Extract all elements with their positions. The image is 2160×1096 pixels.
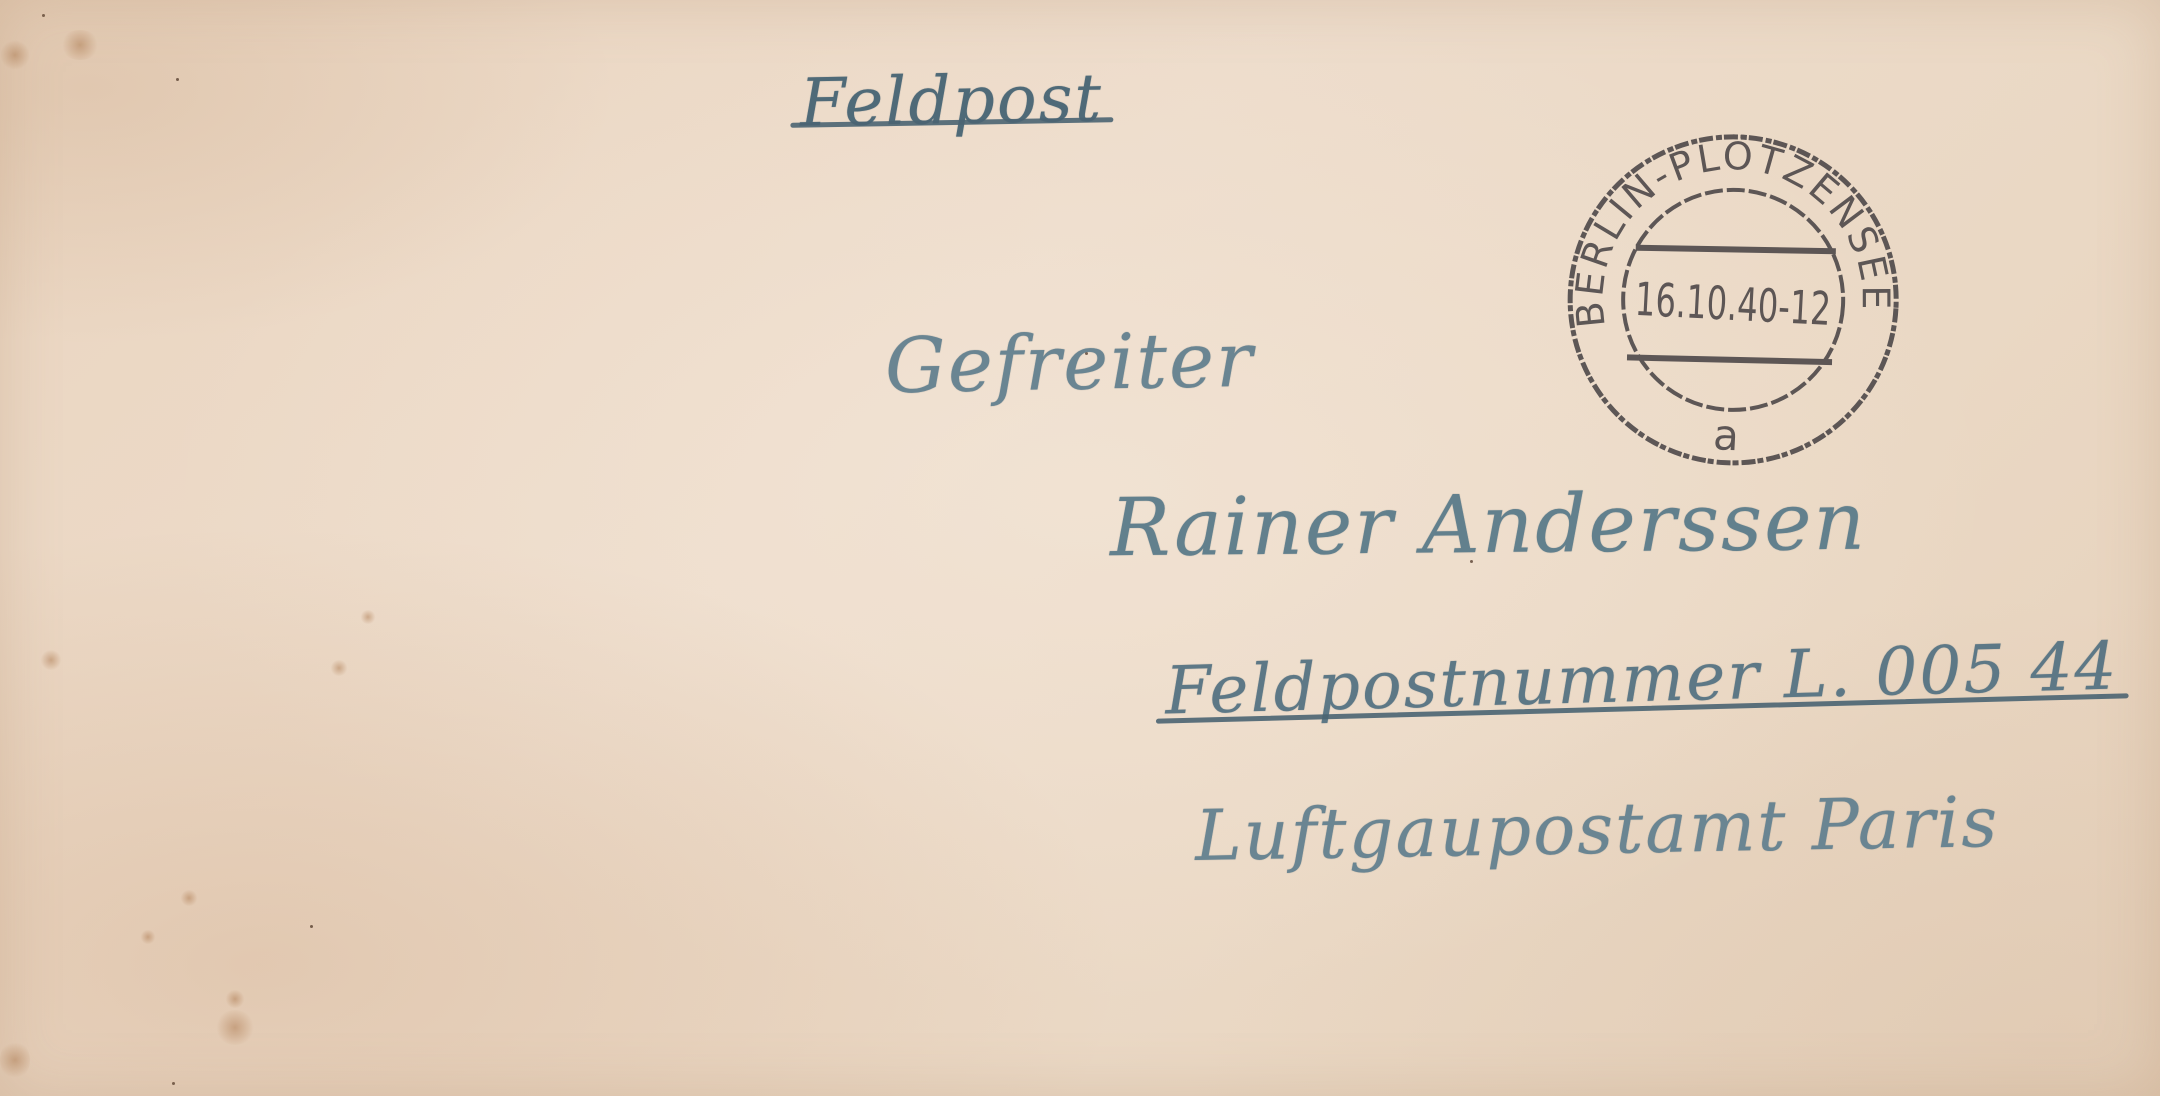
foxing-spot: [0, 40, 30, 70]
post-office: Luftgaupostamt Paris: [1194, 781, 2000, 877]
foxing-spot: [225, 990, 245, 1008]
speck: [172, 1082, 175, 1085]
speck: [176, 78, 179, 81]
speck: [42, 14, 45, 17]
foxing-spot: [330, 660, 348, 676]
feldpost-header: Feldpost: [799, 59, 1103, 141]
postmark-letter: a: [1712, 410, 1740, 460]
foxing-spot: [60, 30, 100, 60]
foxing-spot: [140, 930, 156, 944]
foxing-spot: [0, 1040, 30, 1080]
foxing-spot: [215, 1010, 255, 1045]
envelope: Feldpost Gefreiter Rainer Anderssen Feld…: [0, 0, 2160, 1096]
foxing-spot: [360, 610, 376, 624]
foxing-spot: [40, 650, 62, 670]
postmark-stamp: BERLIN-PLÖTZENSEE 16.10.40-12 a: [1546, 119, 1924, 487]
speck: [310, 925, 313, 928]
recipient-name: Rainer Anderssen: [1110, 475, 1868, 575]
recipient-rank: Gefreiter: [884, 315, 1255, 410]
foxing-spot: [180, 890, 198, 906]
feldpost-number: Feldpostnummer L. 005 44: [1164, 628, 2119, 730]
postmark-date: 16.10.40-12: [1634, 272, 1833, 336]
